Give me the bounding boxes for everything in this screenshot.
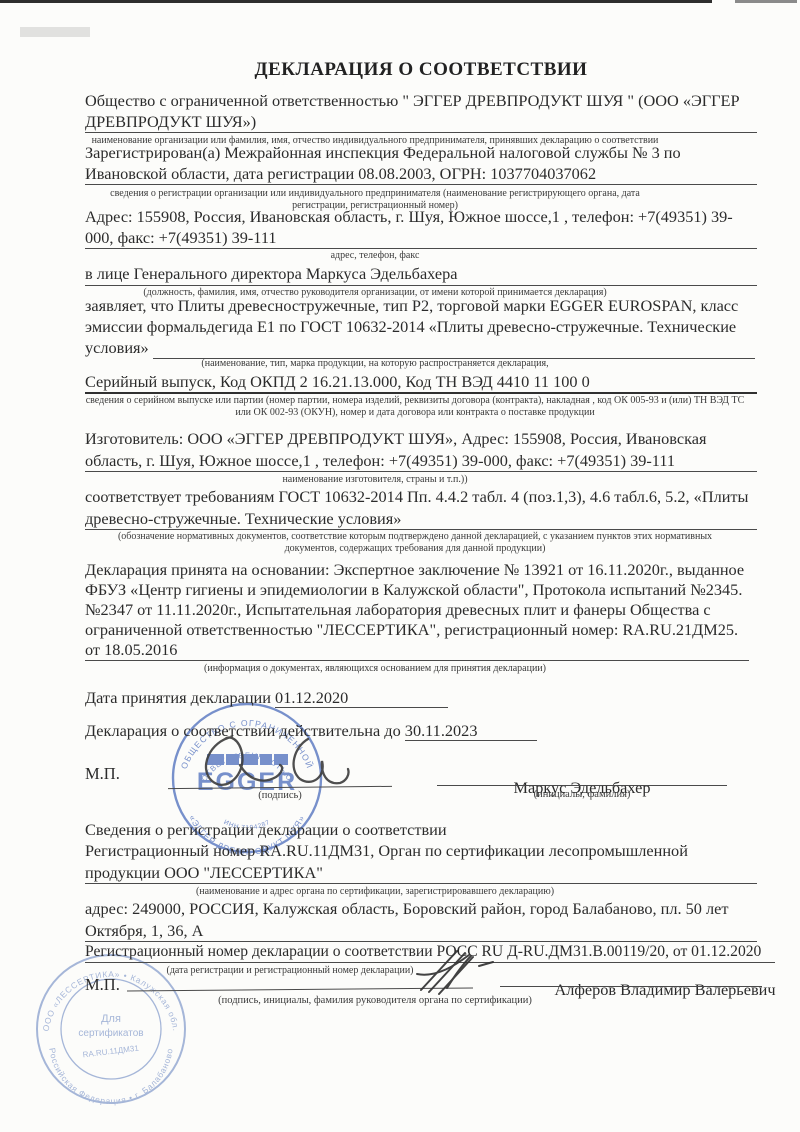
org-sign-caption: (подпись, инициалы, фамилия руководителя… — [150, 995, 600, 1007]
declaration-reg-caption: (дата регистрации и регистрационный номе… — [120, 965, 460, 977]
scan-edge-artifact — [0, 0, 712, 3]
manufacturer: Изготовитель: ООО «ЭГГЕР ДРЕВПРОДУКТ ШУЯ… — [85, 428, 757, 472]
head-name-caption: (инициалы, фамилия) — [437, 789, 727, 801]
declarant-registration: Зарегистрирован(а) Межрайонная инспекция… — [85, 143, 757, 185]
head-signature-scribble — [180, 723, 355, 808]
serial-issue-caption: сведения о серийном выпуске или партии (… — [85, 395, 745, 419]
stamp-place-label-org: М.П. — [85, 975, 120, 995]
stamp-center-line3: RA.RU.11ДМ31 — [82, 1044, 140, 1060]
page-title: ДЕКЛАРАЦИЯ О СООТВЕТСТВИИ — [85, 59, 757, 81]
scan-edge-artifact — [735, 0, 797, 3]
stamp-center-line1: Для — [101, 1013, 121, 1025]
org-signature-scribble — [413, 944, 528, 999]
cert-body-caption: (наименование и адрес органа по сертифик… — [85, 886, 665, 898]
stamp-place-label-head: М.П. — [85, 764, 120, 784]
conformity-requirements: соответствует требованиям ГОСТ 10632-201… — [85, 486, 757, 530]
declarant-name: Общество с ограниченной ответственностью… — [85, 90, 757, 133]
cert-body-address: адрес: 249000, РОССИЯ, Калужская область… — [85, 898, 757, 942]
declaration-basis: Декларация принята на основании: Эксперт… — [85, 560, 749, 661]
stamp-center-line2: сертификатов — [78, 1027, 143, 1039]
declaration-document: EGGER ОБЩЕСТВО С ОГРАНИЧЕННОЙ ОТВЕТСТВЕН… — [0, 0, 800, 1132]
product-statement: заявляет, что Плиты древесностружечные, … — [85, 295, 757, 361]
registration-section-heading: Сведения о регистрации декларации о соот… — [85, 819, 757, 841]
declarant-address: Адрес: 155908, Россия, Ивановская област… — [85, 207, 757, 249]
manufacturer-caption: наименование изготовителя, страны и т.п.… — [85, 474, 665, 486]
declarant-address-caption: адрес, телефон, факс — [85, 250, 665, 262]
scan-smudge — [20, 27, 90, 37]
product-statement-caption: (наименование, тип, марка продукции, на … — [85, 358, 665, 370]
adoption-date-value: 01.12.2020 — [275, 688, 448, 708]
name-line-head — [437, 785, 727, 786]
adoption-date-row: Дата принятия декларации 01.12.2020 — [85, 687, 757, 709]
adoption-date-label: Дата принятия декларации — [85, 688, 271, 707]
svg-text:Российская Федерация • г. Бала: Российская Федерация • г. Балабаново — [47, 1047, 174, 1106]
serial-issue: Серийный выпуск, Код ОКПД 2 16.21.13.000… — [85, 371, 757, 394]
declaration-basis-caption: (информация о документах, являющихся осн… — [85, 663, 665, 675]
representative: в лице Генерального директора Маркуса Эд… — [85, 263, 757, 286]
validity-date-value: 30.11.2023 — [405, 721, 538, 741]
stamp-ring-text-bottom: Российская Федерация • г. Балабаново — [47, 1047, 174, 1106]
cert-body-number: Регистрационный номер RA.RU.11ДМ31, Орга… — [85, 840, 757, 884]
conformity-caption: (обозначение нормативных документов, соо… — [95, 531, 735, 555]
name-line-org — [500, 986, 762, 987]
